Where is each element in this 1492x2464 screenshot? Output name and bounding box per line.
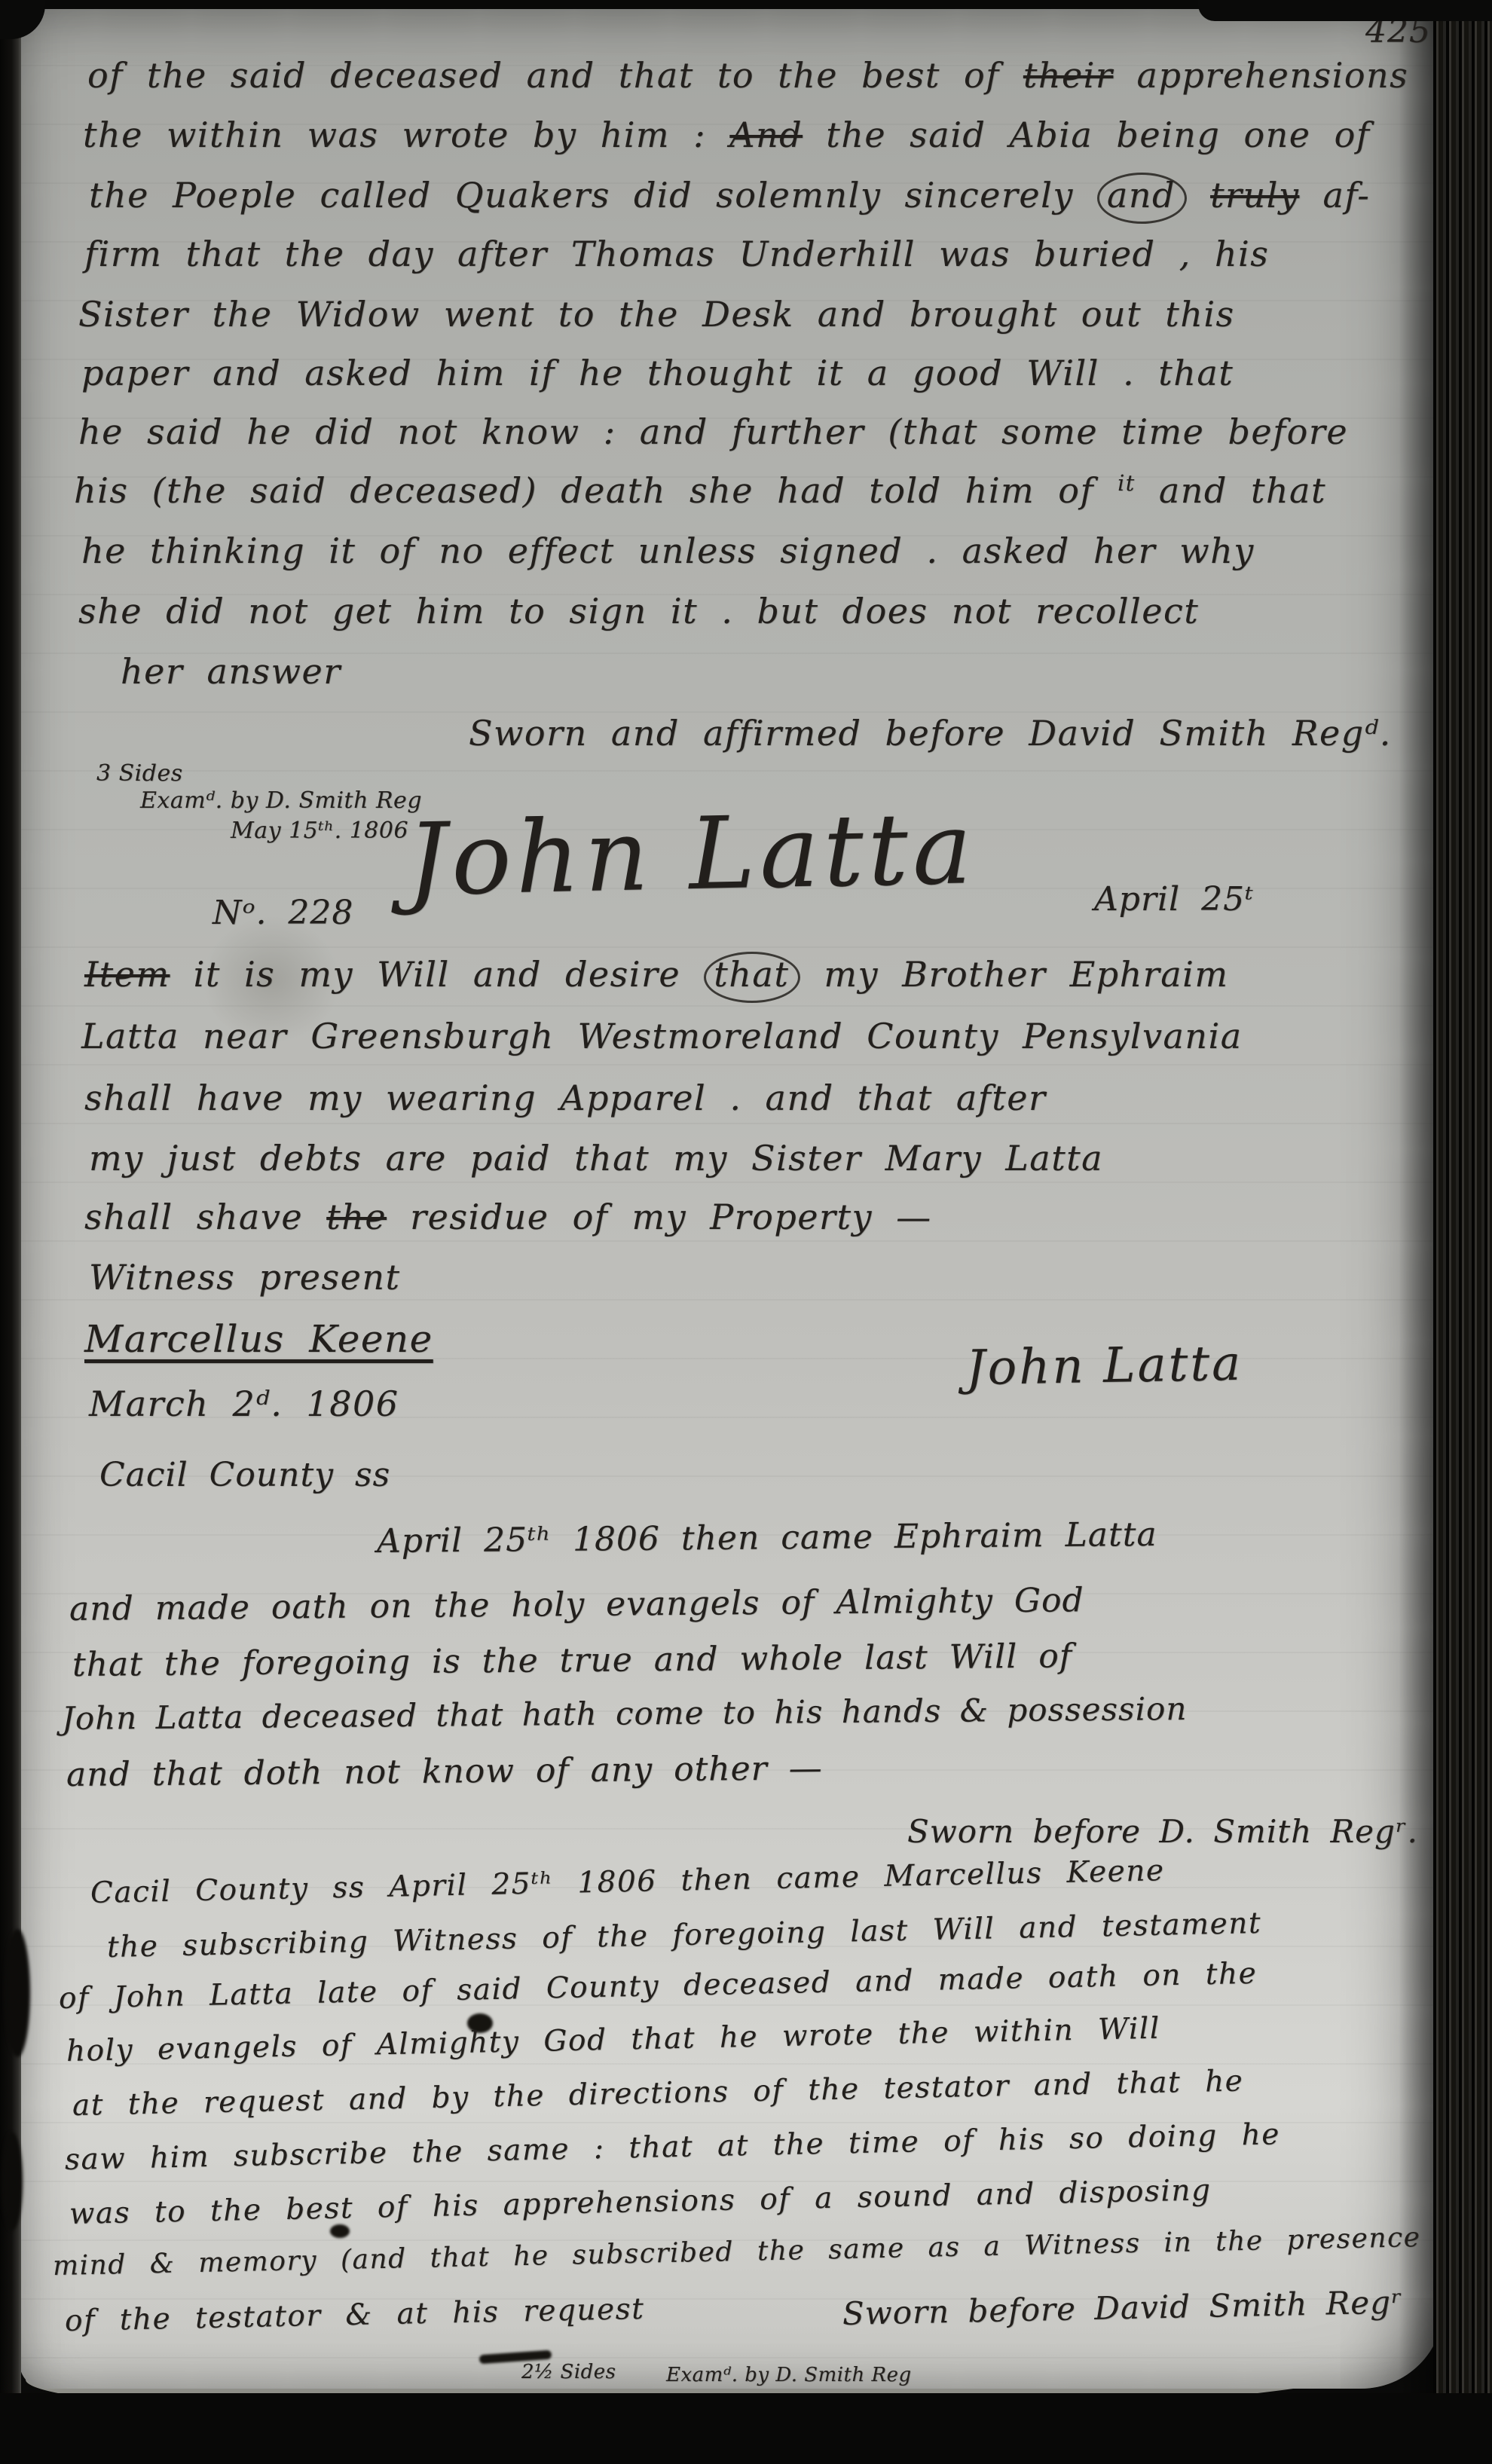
circled-word: and <box>1097 173 1187 224</box>
binding-edge-bottom <box>0 2393 1492 2464</box>
scanned-will-book-page: 425 of the said deceased and that to the… <box>0 0 1492 2464</box>
manuscript-line: of the said deceased and that to the bes… <box>87 57 1408 95</box>
text-segment: his (the said deceased) death she had to… <box>74 470 1117 511</box>
sworn-before-line: Sworn before D. Smith Regʳ. <box>907 1814 1418 1849</box>
manuscript-line: he thinking it of no effect unless signe… <box>81 532 1255 570</box>
county-caption: Cacil County ss <box>99 1457 390 1493</box>
sworn-before-line: Sworn and affirmed before David Smith Re… <box>469 714 1392 753</box>
circled-word: that <box>704 952 800 1003</box>
edge-blot <box>5 1929 30 2057</box>
struck-word: the <box>326 1197 387 1237</box>
text-segment: it is my Will and desire <box>170 954 705 995</box>
manuscript-line: Item it is my Will and desire that my Br… <box>84 955 1229 994</box>
entry-date: April 25ᵗ <box>1094 882 1254 918</box>
binding-corner-top-right <box>1198 0 1492 21</box>
text-segment: the said Abia being one of <box>803 115 1370 155</box>
footer-note-sides: 2½ Sides <box>521 2362 616 2383</box>
struck-word: their <box>1023 55 1114 96</box>
manuscript-line: firm that the day after Thomas Underhill… <box>84 235 1269 274</box>
manuscript-line: April 25ᵗʰ 1806 then came Ephraim Latta <box>377 1517 1157 1560</box>
text-segment: af- <box>1299 175 1370 216</box>
witness-caption: Witness present <box>89 1258 400 1297</box>
manuscript-line: and that doth not know of any other — <box>66 1750 823 1793</box>
binding-edge-right <box>1433 0 1492 2464</box>
struck-word: And <box>729 115 803 155</box>
manuscript-line: her answer <box>121 653 341 691</box>
manuscript-line: paper and asked him if he thought it a g… <box>81 354 1234 393</box>
manuscript-line: he said he did not know : and further (t… <box>78 413 1348 451</box>
manuscript-line: his (the said deceased) death she had to… <box>74 472 1326 510</box>
gutter-shadow <box>1399 0 1433 2464</box>
text-segment: the Poeple called Quakers did solemnly s… <box>89 175 1097 216</box>
margin-note-sides: 3 Sides <box>96 761 183 786</box>
footer-note-examined: Examᵈ. by D. Smith Reg <box>666 2365 912 2386</box>
text-segment: and that <box>1136 470 1326 511</box>
witness-signature: Marcellus Keene <box>84 1319 433 1360</box>
manuscript-line: she did not get him to sign it . but doe… <box>78 592 1199 631</box>
text-segment: residue of my Property — <box>387 1197 932 1237</box>
binding-edge-left <box>0 0 21 2464</box>
manuscript-line: Sister the Widow went to the Desk and br… <box>78 295 1235 334</box>
text-segment: apprehensions <box>1113 55 1408 96</box>
entry-number: Nᵒ. 228 <box>212 895 353 931</box>
margin-note-date: May 15ᵗʰ. 1806 <box>231 818 408 843</box>
text-segment: of the said deceased and that to the bes… <box>87 55 1023 96</box>
text-segment: the within was wrote by him : <box>83 115 729 155</box>
margin-note-examined: Examᵈ. by D. Smith Reg <box>140 788 422 813</box>
text-segment: my Brother Ephraim <box>800 954 1228 995</box>
will-date: March 2ᵈ. 1806 <box>89 1385 399 1423</box>
manuscript-line: the within was wrote by him : And the sa… <box>83 116 1370 154</box>
text-segment <box>1187 175 1210 216</box>
struck-word: truly <box>1210 175 1299 216</box>
text-segment: shall shave <box>84 1197 326 1237</box>
manuscript-line: the Poeple called Quakers did solemnly s… <box>89 176 1370 215</box>
ink-smudge <box>330 2224 350 2238</box>
manuscript-line: shall shave the residue of my Property — <box>84 1198 932 1237</box>
edge-blot <box>2 2132 23 2230</box>
manuscript-line: shall have my wearing Apparel . and that… <box>84 1079 1046 1117</box>
inserted-word: it <box>1117 471 1136 496</box>
entry-title-name: John Latta <box>406 794 977 916</box>
manuscript-line: Latta near Greensburgh Westmoreland Coun… <box>81 1017 1243 1056</box>
testator-signature: John Latta <box>965 1337 1243 1396</box>
manuscript-line: my just debts are paid that my Sister Ma… <box>89 1139 1103 1178</box>
struck-word: Item <box>84 954 170 995</box>
